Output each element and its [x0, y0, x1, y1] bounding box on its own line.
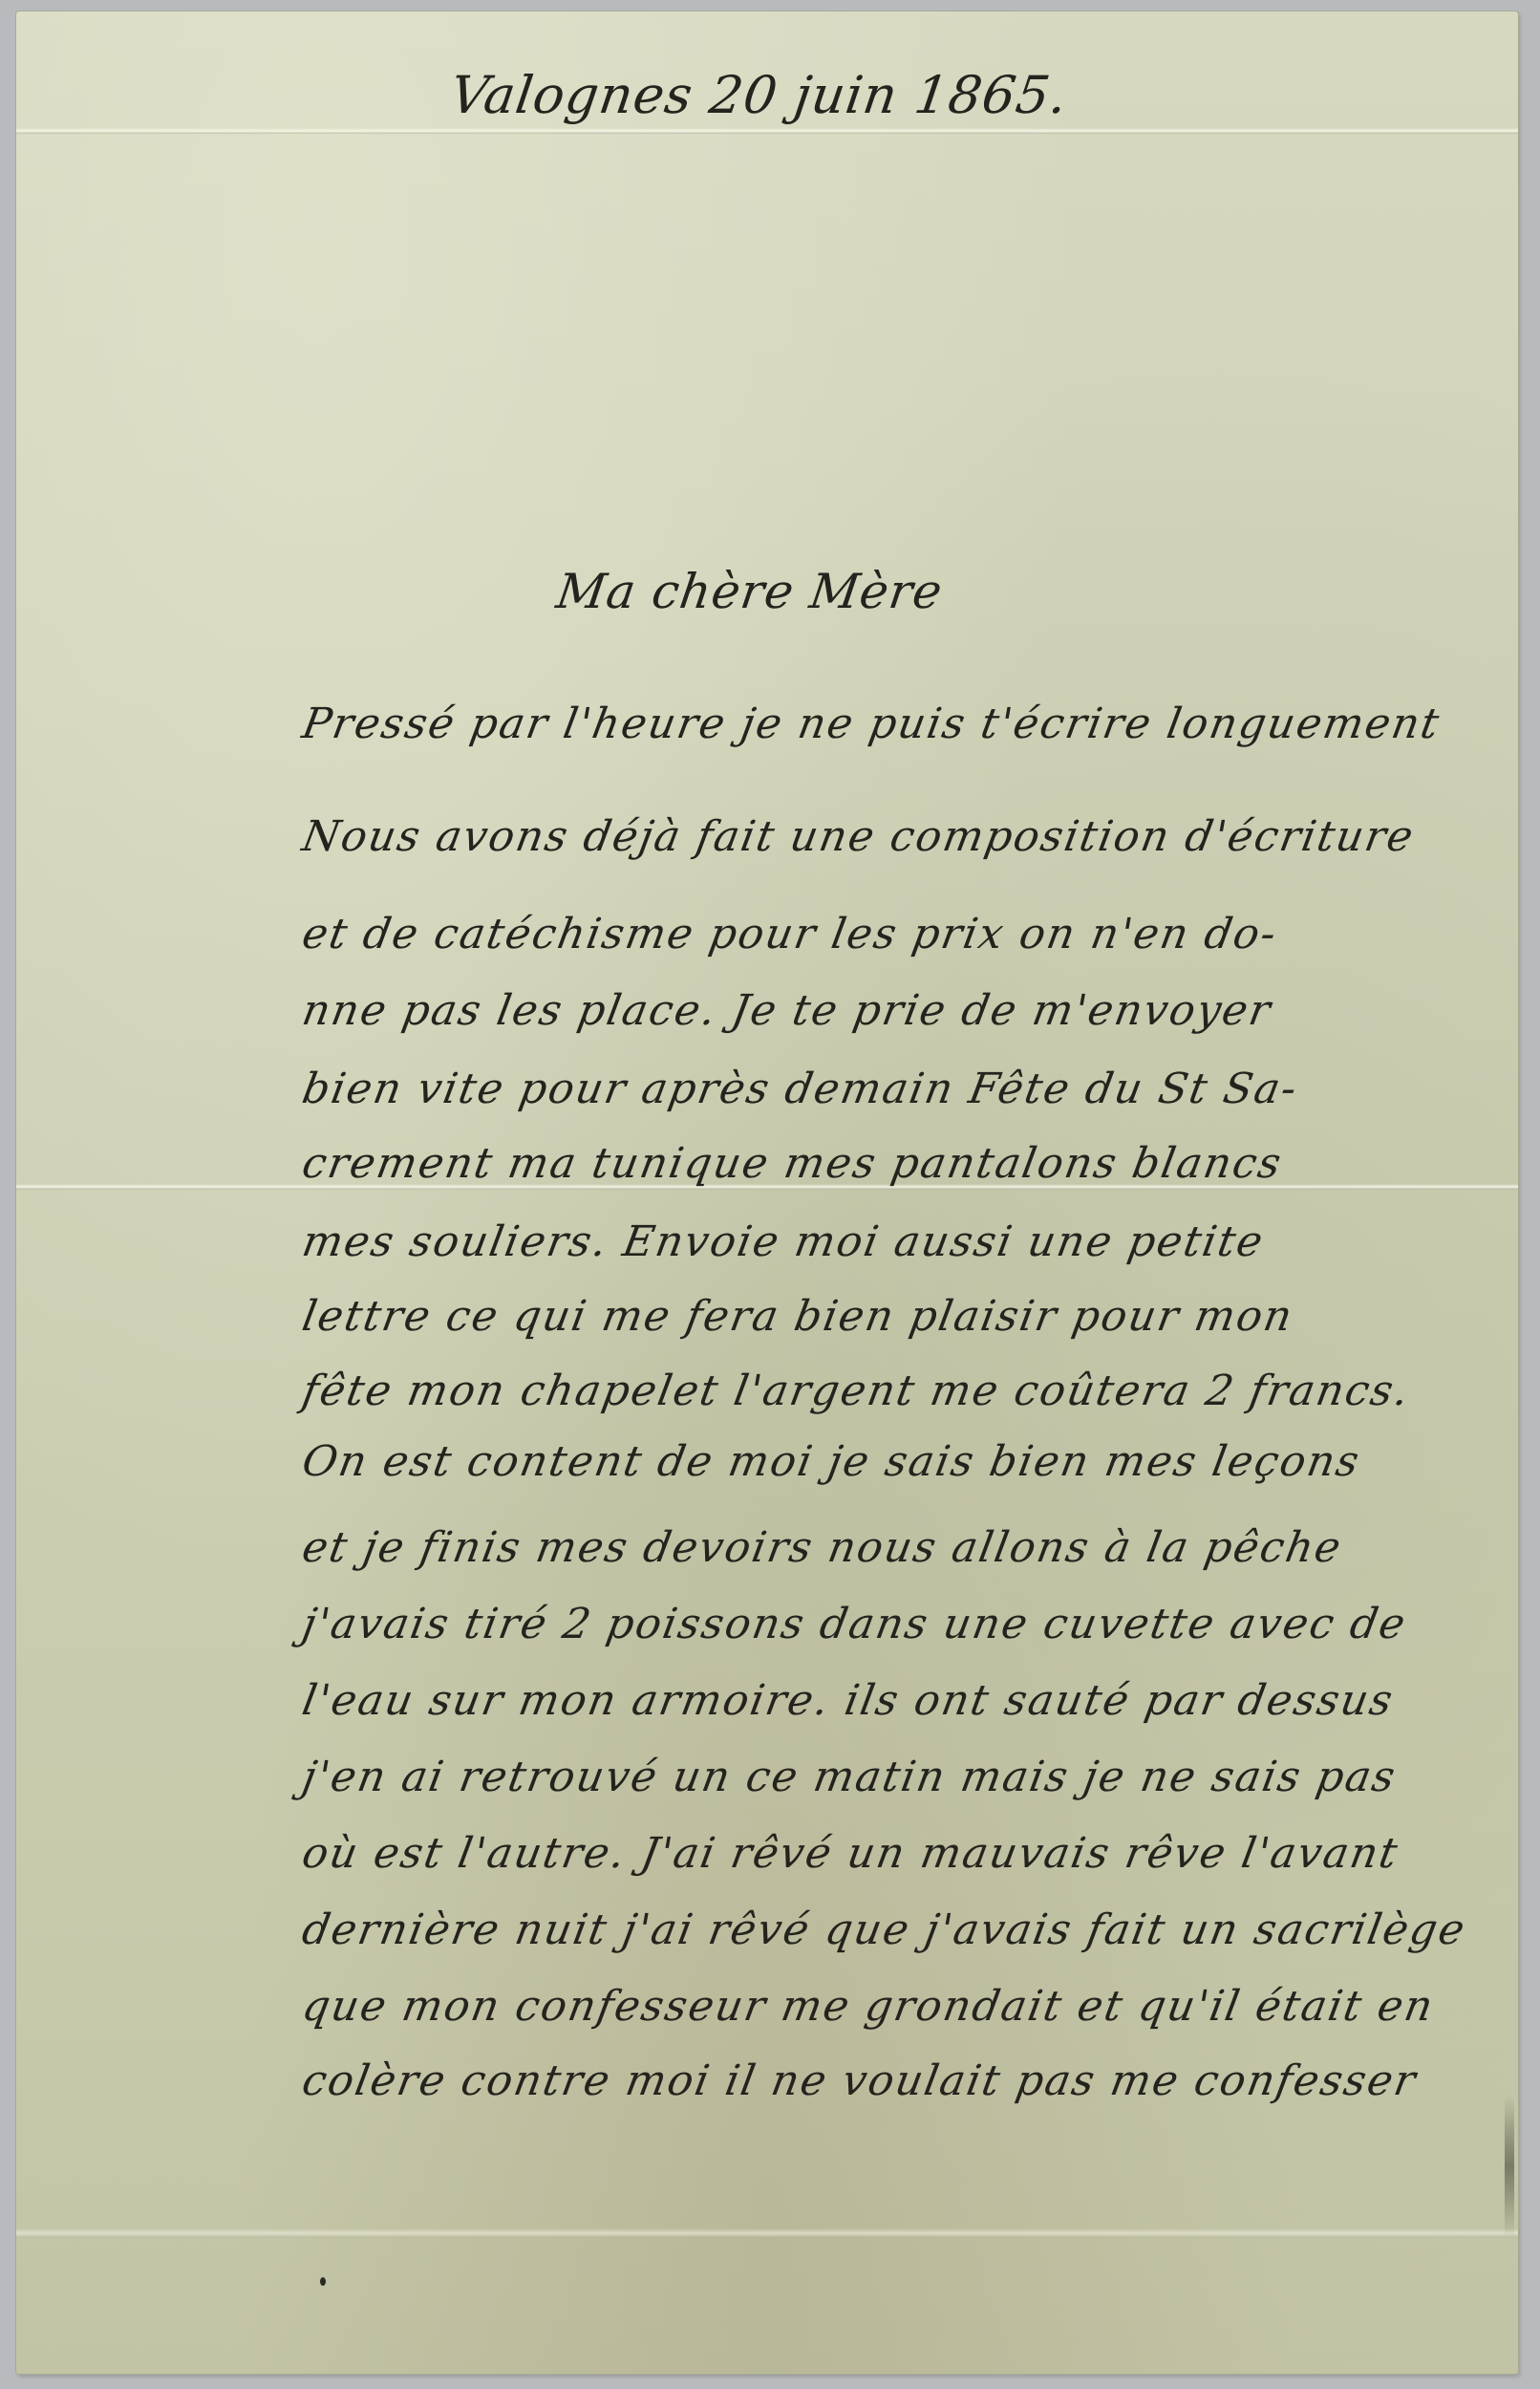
- letter-line: Nous avons déjà fait une composition d'é…: [299, 812, 1419, 861]
- letter-line: l'eau sur mon armoire. ils ont sauté par…: [299, 1676, 1399, 1725]
- fold-crease-bottom: [16, 2228, 1518, 2238]
- letter-line: où est l'autre. J'ai rêvé un mauvais rêv…: [299, 1829, 1403, 1878]
- letter-dateline: Valognes 20 juin 1865.: [447, 65, 1072, 125]
- ink-dot: [320, 2277, 326, 2286]
- letter-line: et je finis mes devoirs nous allons à la…: [299, 1523, 1346, 1572]
- letter-line: lettre ce qui me fera bien plaisir pour …: [299, 1292, 1297, 1341]
- letter-line: Pressé par l'heure je ne puis t'écrire l…: [299, 699, 1444, 748]
- letter-line: colère contre moi il ne voulait pas me c…: [299, 2056, 1422, 2105]
- letter-line: dernière nuit j'ai rêvé que j'avais fait…: [299, 1905, 1470, 1954]
- fold-crease-top: [16, 128, 1518, 134]
- letter-salutation: Ma chère Mère: [553, 564, 947, 619]
- letter-line: fête mon chapelet l'argent me coûtera 2 …: [299, 1367, 1415, 1415]
- letter-line: j'en ai retrouvé un ce matin mais je ne …: [299, 1753, 1401, 1801]
- letter-line: j'avais tiré 2 poissons dans une cuvette…: [299, 1600, 1411, 1648]
- letter-line: et de catéchisme pour les prix on n'en d…: [299, 910, 1282, 958]
- letter-line: crement ma tunique mes pantalons blancs: [299, 1139, 1287, 1188]
- letter-line: mes souliers. Envoie moi aussi une petit…: [299, 1217, 1269, 1266]
- letter-line: On est content de moi je sais bien mes l…: [299, 1437, 1365, 1486]
- letter-page: Valognes 20 juin 1865. Ma chère Mère Pre…: [16, 11, 1518, 2374]
- edge-stain: [1505, 2095, 1514, 2238]
- letter-line: que mon confesseur me grondait et qu'il …: [299, 1982, 1439, 2031]
- letter-line: bien vite pour après demain Fête du St S…: [299, 1065, 1302, 1113]
- letter-line: nne pas les place. Je te prie de m'envoy…: [299, 986, 1276, 1035]
